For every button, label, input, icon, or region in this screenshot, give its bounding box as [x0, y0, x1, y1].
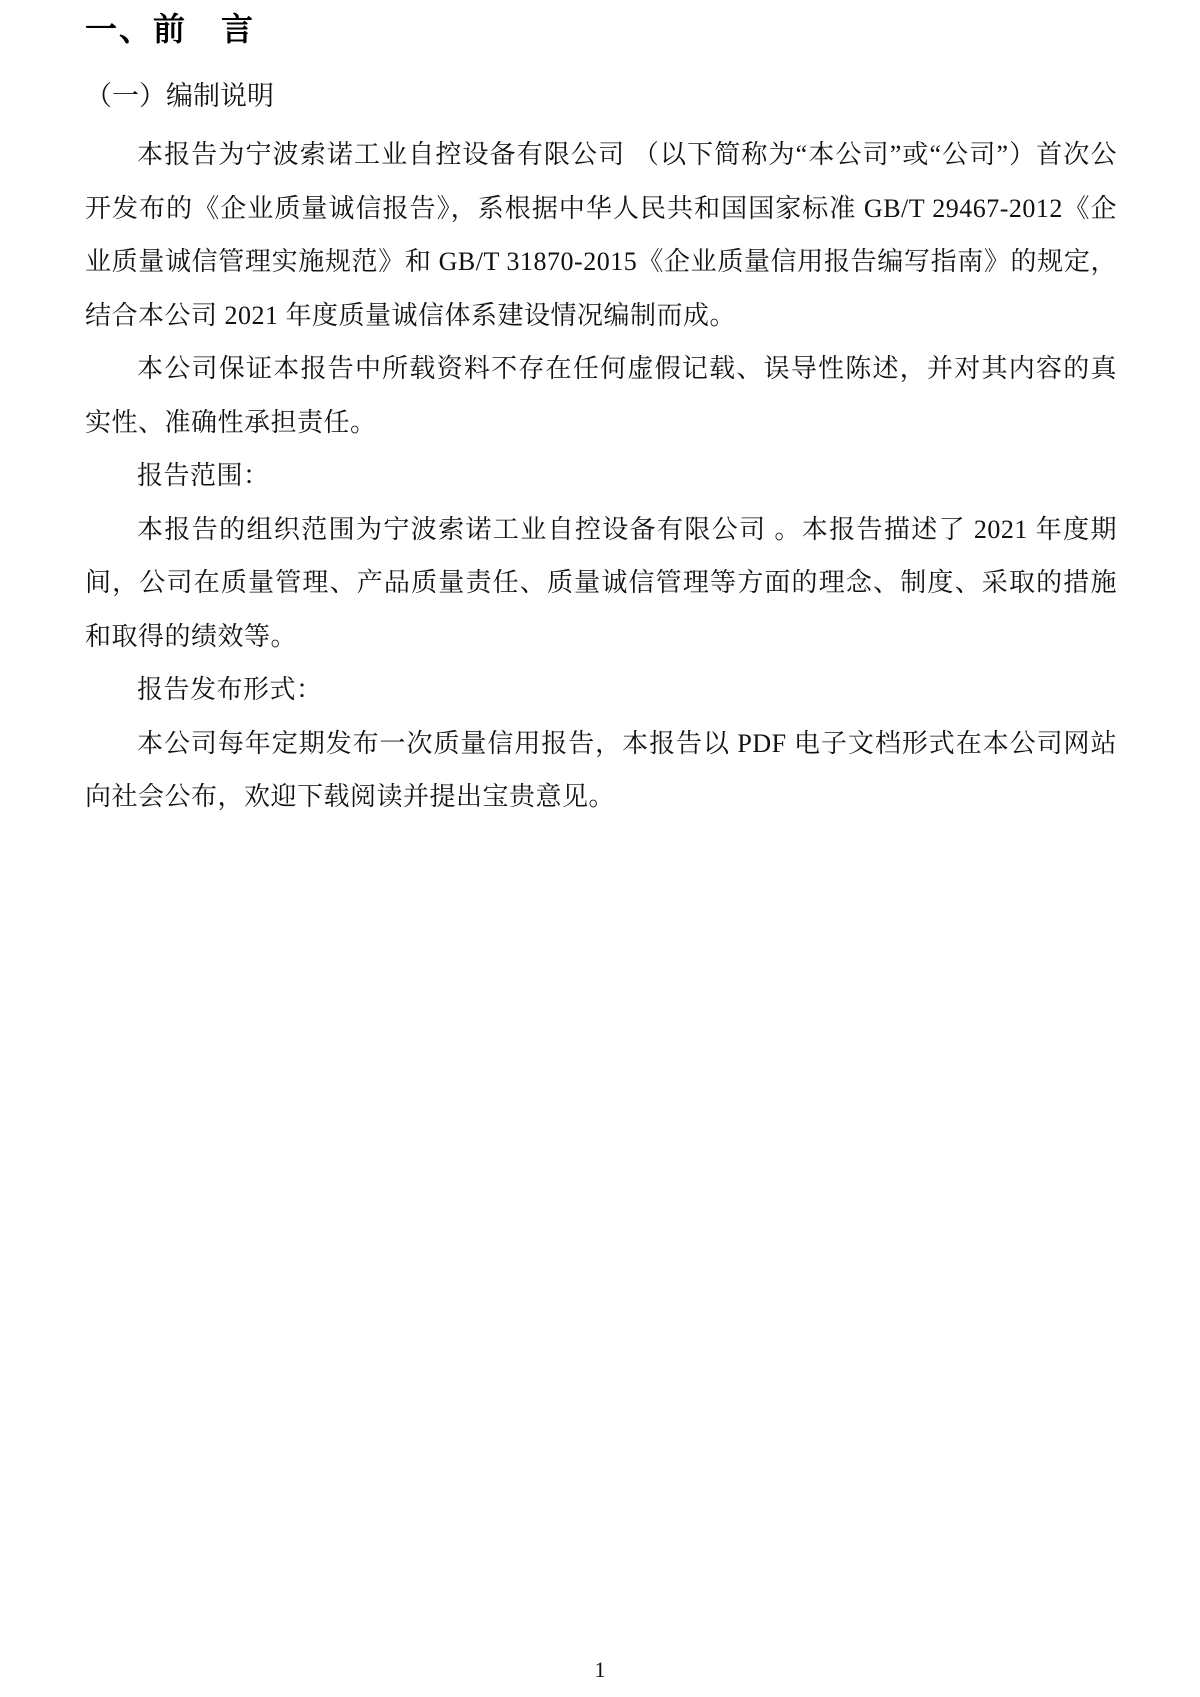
- document-page: 一、前 言 （一）编制说明 本报告为宁波索诺工业自控设备有限公司 （以下简称为“…: [0, 0, 1200, 1697]
- paragraph-report-scope-label: 报告范围：: [85, 449, 1117, 503]
- paragraph-report-scope-body: 本报告的组织范围为宁波索诺工业自控设备有限公司 。本报告描述了 2021 年度期…: [85, 503, 1117, 664]
- subsection-heading: （一）编制说明: [85, 72, 1117, 120]
- paragraph-compilation-note: 本报告为宁波索诺工业自控设备有限公司 （以下简称为“本公司”或“公司”）首次公开…: [85, 128, 1117, 342]
- section-heading: 一、前 言: [85, 8, 1117, 50]
- paragraph-release-form-body: 本公司每年定期发布一次质量信用报告，本报告以 PDF 电子文档形式在本公司网站向…: [85, 717, 1117, 824]
- paragraph-release-form-label: 报告发布形式：: [85, 663, 1117, 717]
- page-number: 1: [0, 1657, 1200, 1683]
- paragraph-truthfulness-statement: 本公司保证本报告中所载资料不存在任何虚假记载、误导性陈述，并对其内容的真实性、准…: [85, 342, 1117, 449]
